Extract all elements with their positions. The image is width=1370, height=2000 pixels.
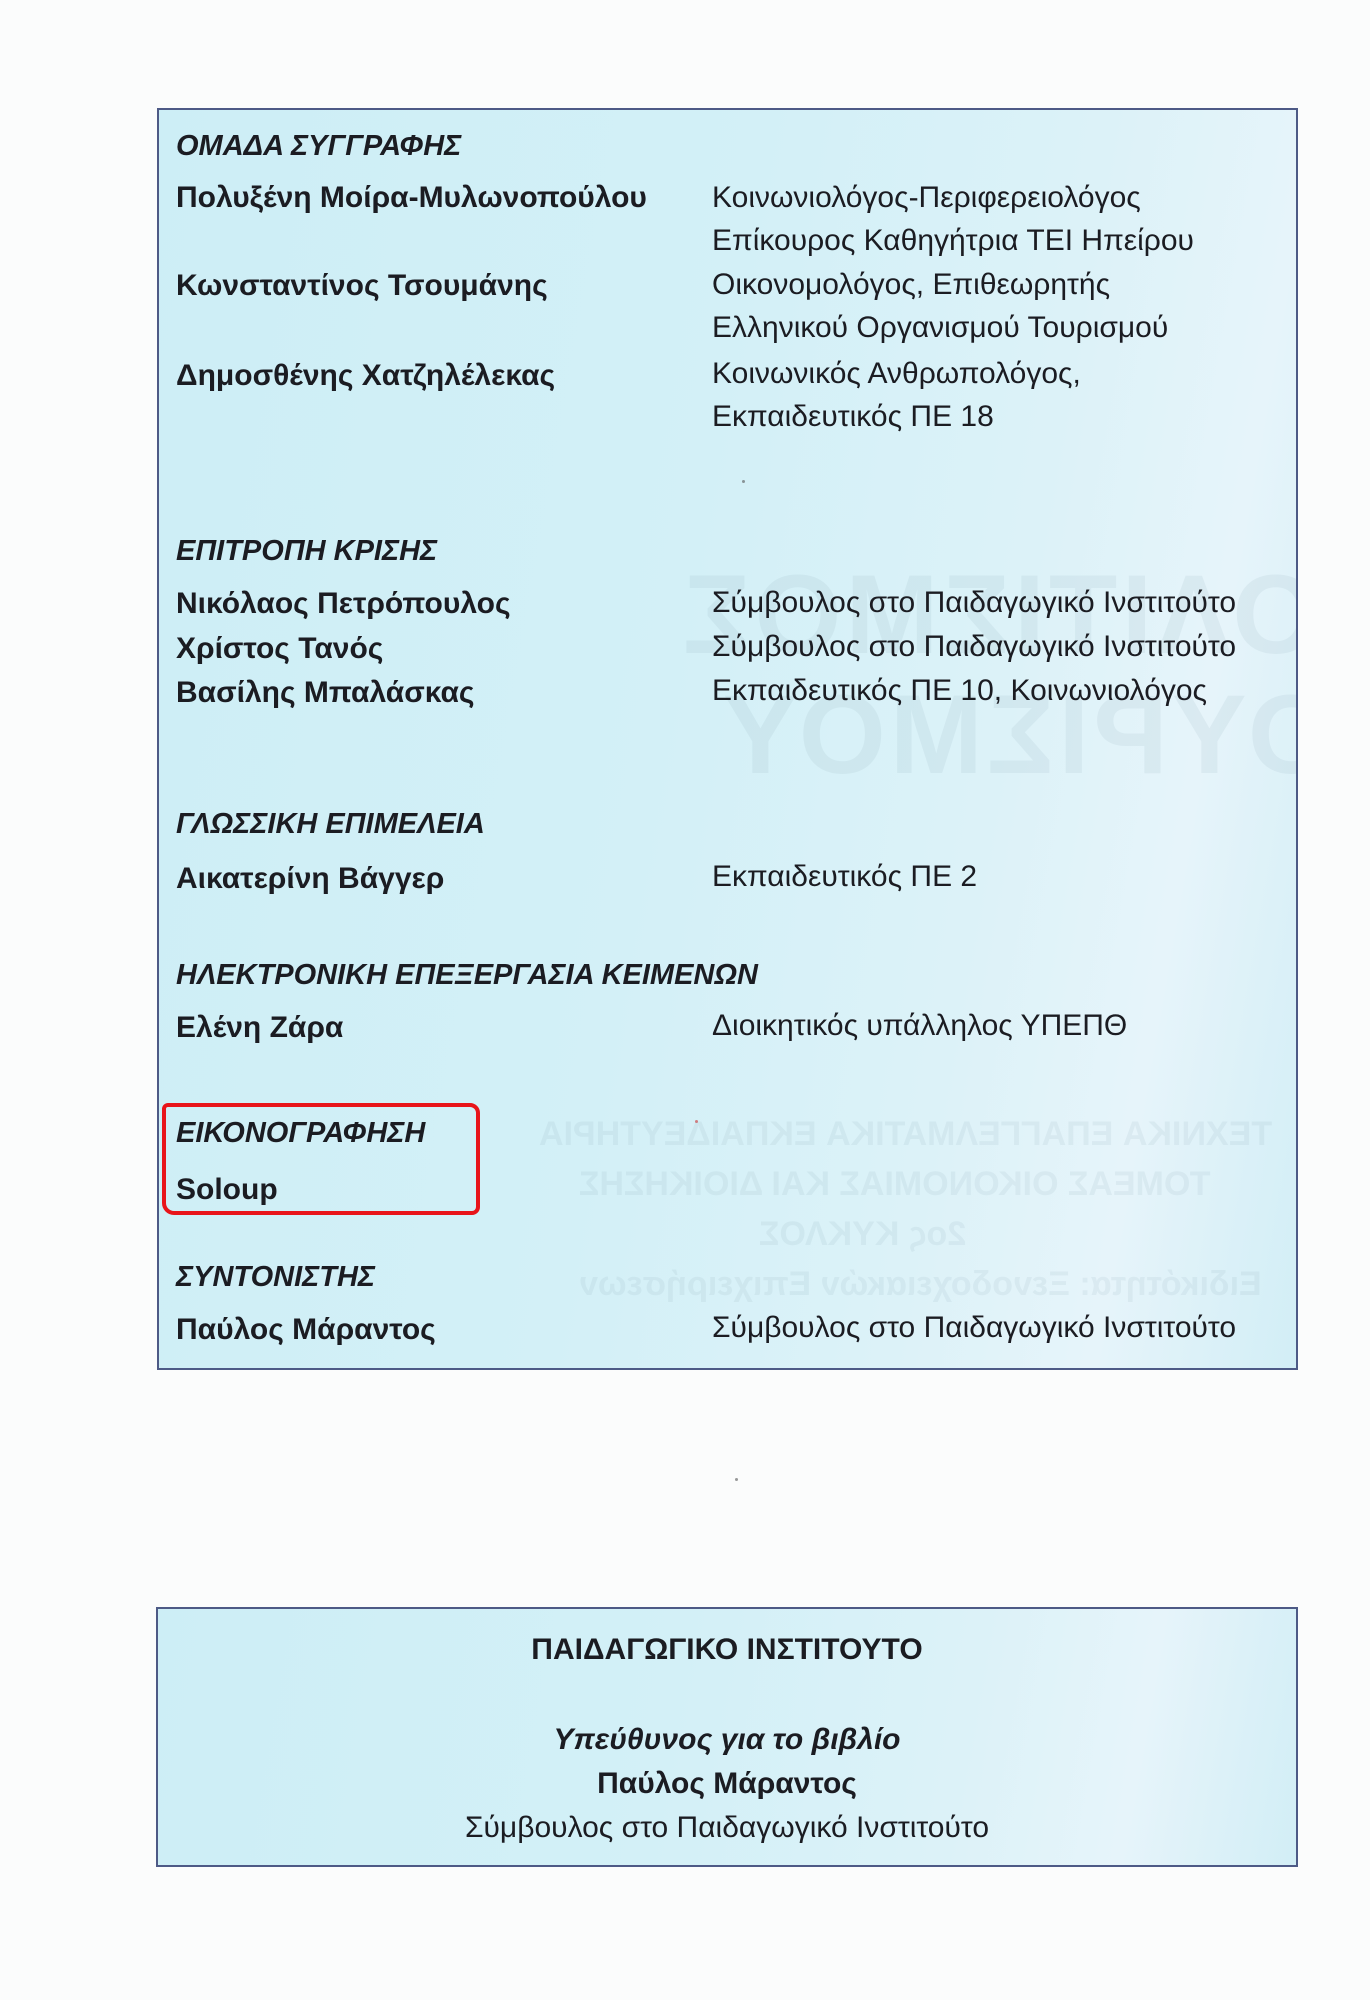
member-role: Διοικητικός υπάλληλος ΥΠΕΠΘ	[712, 1011, 1127, 1041]
member-name: Αικατερίνη Βάγγερ	[176, 864, 444, 894]
section-heading-coordinator: ΣΥΝΤΟΝΙΣΤΗΣ	[176, 1263, 375, 1292]
section-heading-language-editing: ΓΛΩΣΣΙΚΗ ΕΠΙΜΕΛΕΙΑ	[176, 810, 485, 839]
section-heading-review-committee: ΕΠΙΤΡΟΠΗ ΚΡΙΣΗΣ	[176, 537, 437, 566]
scan-speck	[735, 1478, 738, 1481]
scan-speck	[695, 1120, 698, 1123]
member-name: Χρίστος Τανός	[176, 634, 383, 664]
member-name: Νικόλαος Πετρόπουλος	[176, 589, 511, 619]
member-role: Ελληνικού Οργανισμού Τουρισμού	[712, 313, 1168, 343]
member-role: Επίκουρος Καθηγήτρια ΤΕΙ Ηπείρου	[712, 226, 1194, 256]
institute-panel: ΠΑΙΔΑΓΩΓΙΚΟ ΙΝΣΤΙΤΟΥΤΟ Υπεύθυνος για το …	[156, 1607, 1298, 1867]
member-name: Κωνσταντίνος Τσουμάνης	[176, 271, 548, 301]
section-heading-writing-team: ΟΜΑΔΑ ΣΥΓΓΡΑΦΗΣ	[176, 132, 461, 161]
bleed-through-ghost-text: ΤΕΧΝΙΚΑ ΕΠΑΓΓΕΛΜΑΤΙΚΑ ΕΚΠΑΙΔΕΥΤΗΡΙΑ	[539, 1115, 1272, 1154]
member-role: Κοινωνικός Ανθρωπολόγος,	[712, 359, 1081, 389]
red-highlight-annotation	[162, 1103, 480, 1215]
member-name: Δημοσθένης Χατζηλέλεκας	[176, 361, 555, 391]
bleed-through-ghost-text: ΤΟΜΕΑΣ ΟΙΚΟΝΟΜΙΑΣ ΚΑΙ ΔΙΟΙΚΗΣΗΣ	[579, 1165, 1211, 1204]
bleed-through-ghost-text: Ειδικότητα: Ξενοδοχειακών Επιχειρήσεων	[579, 1265, 1262, 1304]
book-responsible-name: Παύλος Μάραντος	[158, 1769, 1296, 1799]
section-heading-typesetting: ΗΛΕΚΤΡΟΝΙΚΗ ΕΠΕΞΕΡΓΑΣΙΑ ΚΕΙΜΕΝΩΝ	[176, 961, 758, 990]
member-name: Βασίλης Μπαλάσκας	[176, 678, 475, 708]
member-name: Παύλος Μάραντος	[176, 1315, 436, 1345]
bleed-through-ghost-text: 2ος ΚΥΚΛΟΣ	[759, 1215, 966, 1254]
book-responsible-role: Σύμβουλος στο Παιδαγωγικό Ινστιτούτο	[158, 1813, 1296, 1843]
member-role: Εκπαιδευτικός ΠΕ 2	[712, 862, 977, 892]
member-role: Εκπαιδευτικός ΠΕ 18	[712, 402, 994, 432]
institute-title: ΠΑΙΔΑΓΩΓΙΚΟ ΙΝΣΤΙΤΟΥΤΟ	[158, 1635, 1296, 1665]
member-role: Σύμβουλος στο Παιδαγωγικό Ινστιτούτο	[712, 588, 1236, 618]
member-role: Σύμβουλος στο Παιδαγωγικό Ινστιτούτο	[712, 632, 1236, 662]
member-role: Εκπαιδευτικός ΠΕ 10, Κοινωνιολόγος	[712, 676, 1207, 706]
scan-speck	[742, 480, 745, 483]
book-responsible-label: Υπεύθυνος για το βιβλίο	[158, 1725, 1296, 1755]
member-name: Πολυξένη Μοίρα-Μυλωνοπούλου	[176, 183, 647, 213]
member-role: Οικονομολόγος, Επιθεωρητής	[712, 270, 1110, 300]
member-name: Ελένη Ζάρα	[176, 1013, 343, 1043]
member-role: Σύμβουλος στο Παιδαγωγικό Ινστιτούτο	[712, 1313, 1236, 1343]
member-role: Κοινωνιολόγος-Περιφερειολόγος	[712, 183, 1141, 213]
